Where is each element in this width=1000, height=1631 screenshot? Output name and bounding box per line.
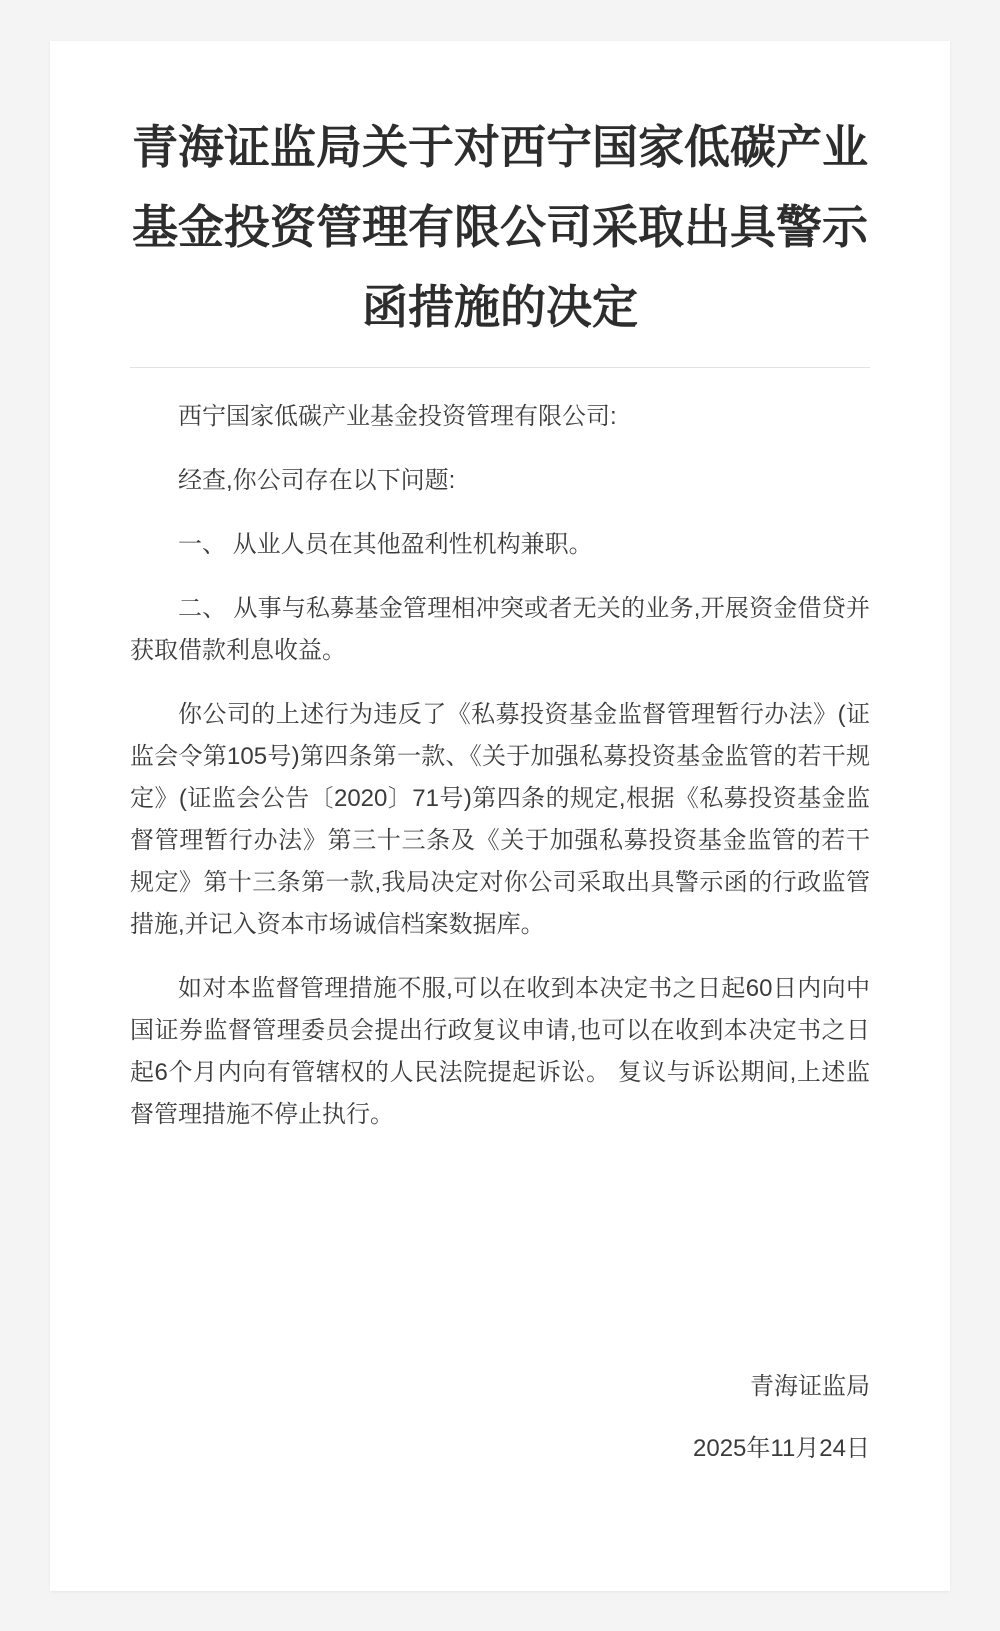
signature-issuer: 青海证监局 bbox=[130, 1366, 870, 1408]
document-card: 青海证监局关于对西宁国家低碳产业基金投资管理有限公司采取出具警示函措施的决定 西… bbox=[50, 41, 950, 1591]
document-body: 西宁国家低碳产业基金投资管理有限公司: 经查,你公司存在以下问题: 一、 从业人… bbox=[130, 396, 870, 1136]
signature-block: 青海证监局 2025年11月24日 bbox=[130, 1366, 870, 1470]
paragraph-issue-2: 二、 从事与私募基金管理相冲突或者无关的业务,开展资金借贷并获取借款利息收益。 bbox=[130, 588, 870, 672]
title-divider bbox=[130, 367, 870, 368]
paragraph-salutation: 西宁国家低碳产业基金投资管理有限公司: bbox=[130, 396, 870, 438]
paragraph-intro: 经查,你公司存在以下问题: bbox=[130, 460, 870, 502]
document-title: 青海证监局关于对西宁国家低碳产业基金投资管理有限公司采取出具警示函措施的决定 bbox=[130, 107, 870, 347]
paragraph-decision: 你公司的上述行为违反了《私募投资基金监督管理暂行办法》(证监会令第105号)第四… bbox=[130, 694, 870, 946]
signature-date: 2025年11月24日 bbox=[130, 1428, 870, 1470]
page-background: 青海证监局关于对西宁国家低碳产业基金投资管理有限公司采取出具警示函措施的决定 西… bbox=[0, 0, 1000, 1631]
paragraph-appeal: 如对本监督管理措施不服,可以在收到本决定书之日起60日内向中国证券监督管理委员会… bbox=[130, 968, 870, 1136]
paragraph-issue-1: 一、 从业人员在其他盈利性机构兼职。 bbox=[130, 524, 870, 566]
